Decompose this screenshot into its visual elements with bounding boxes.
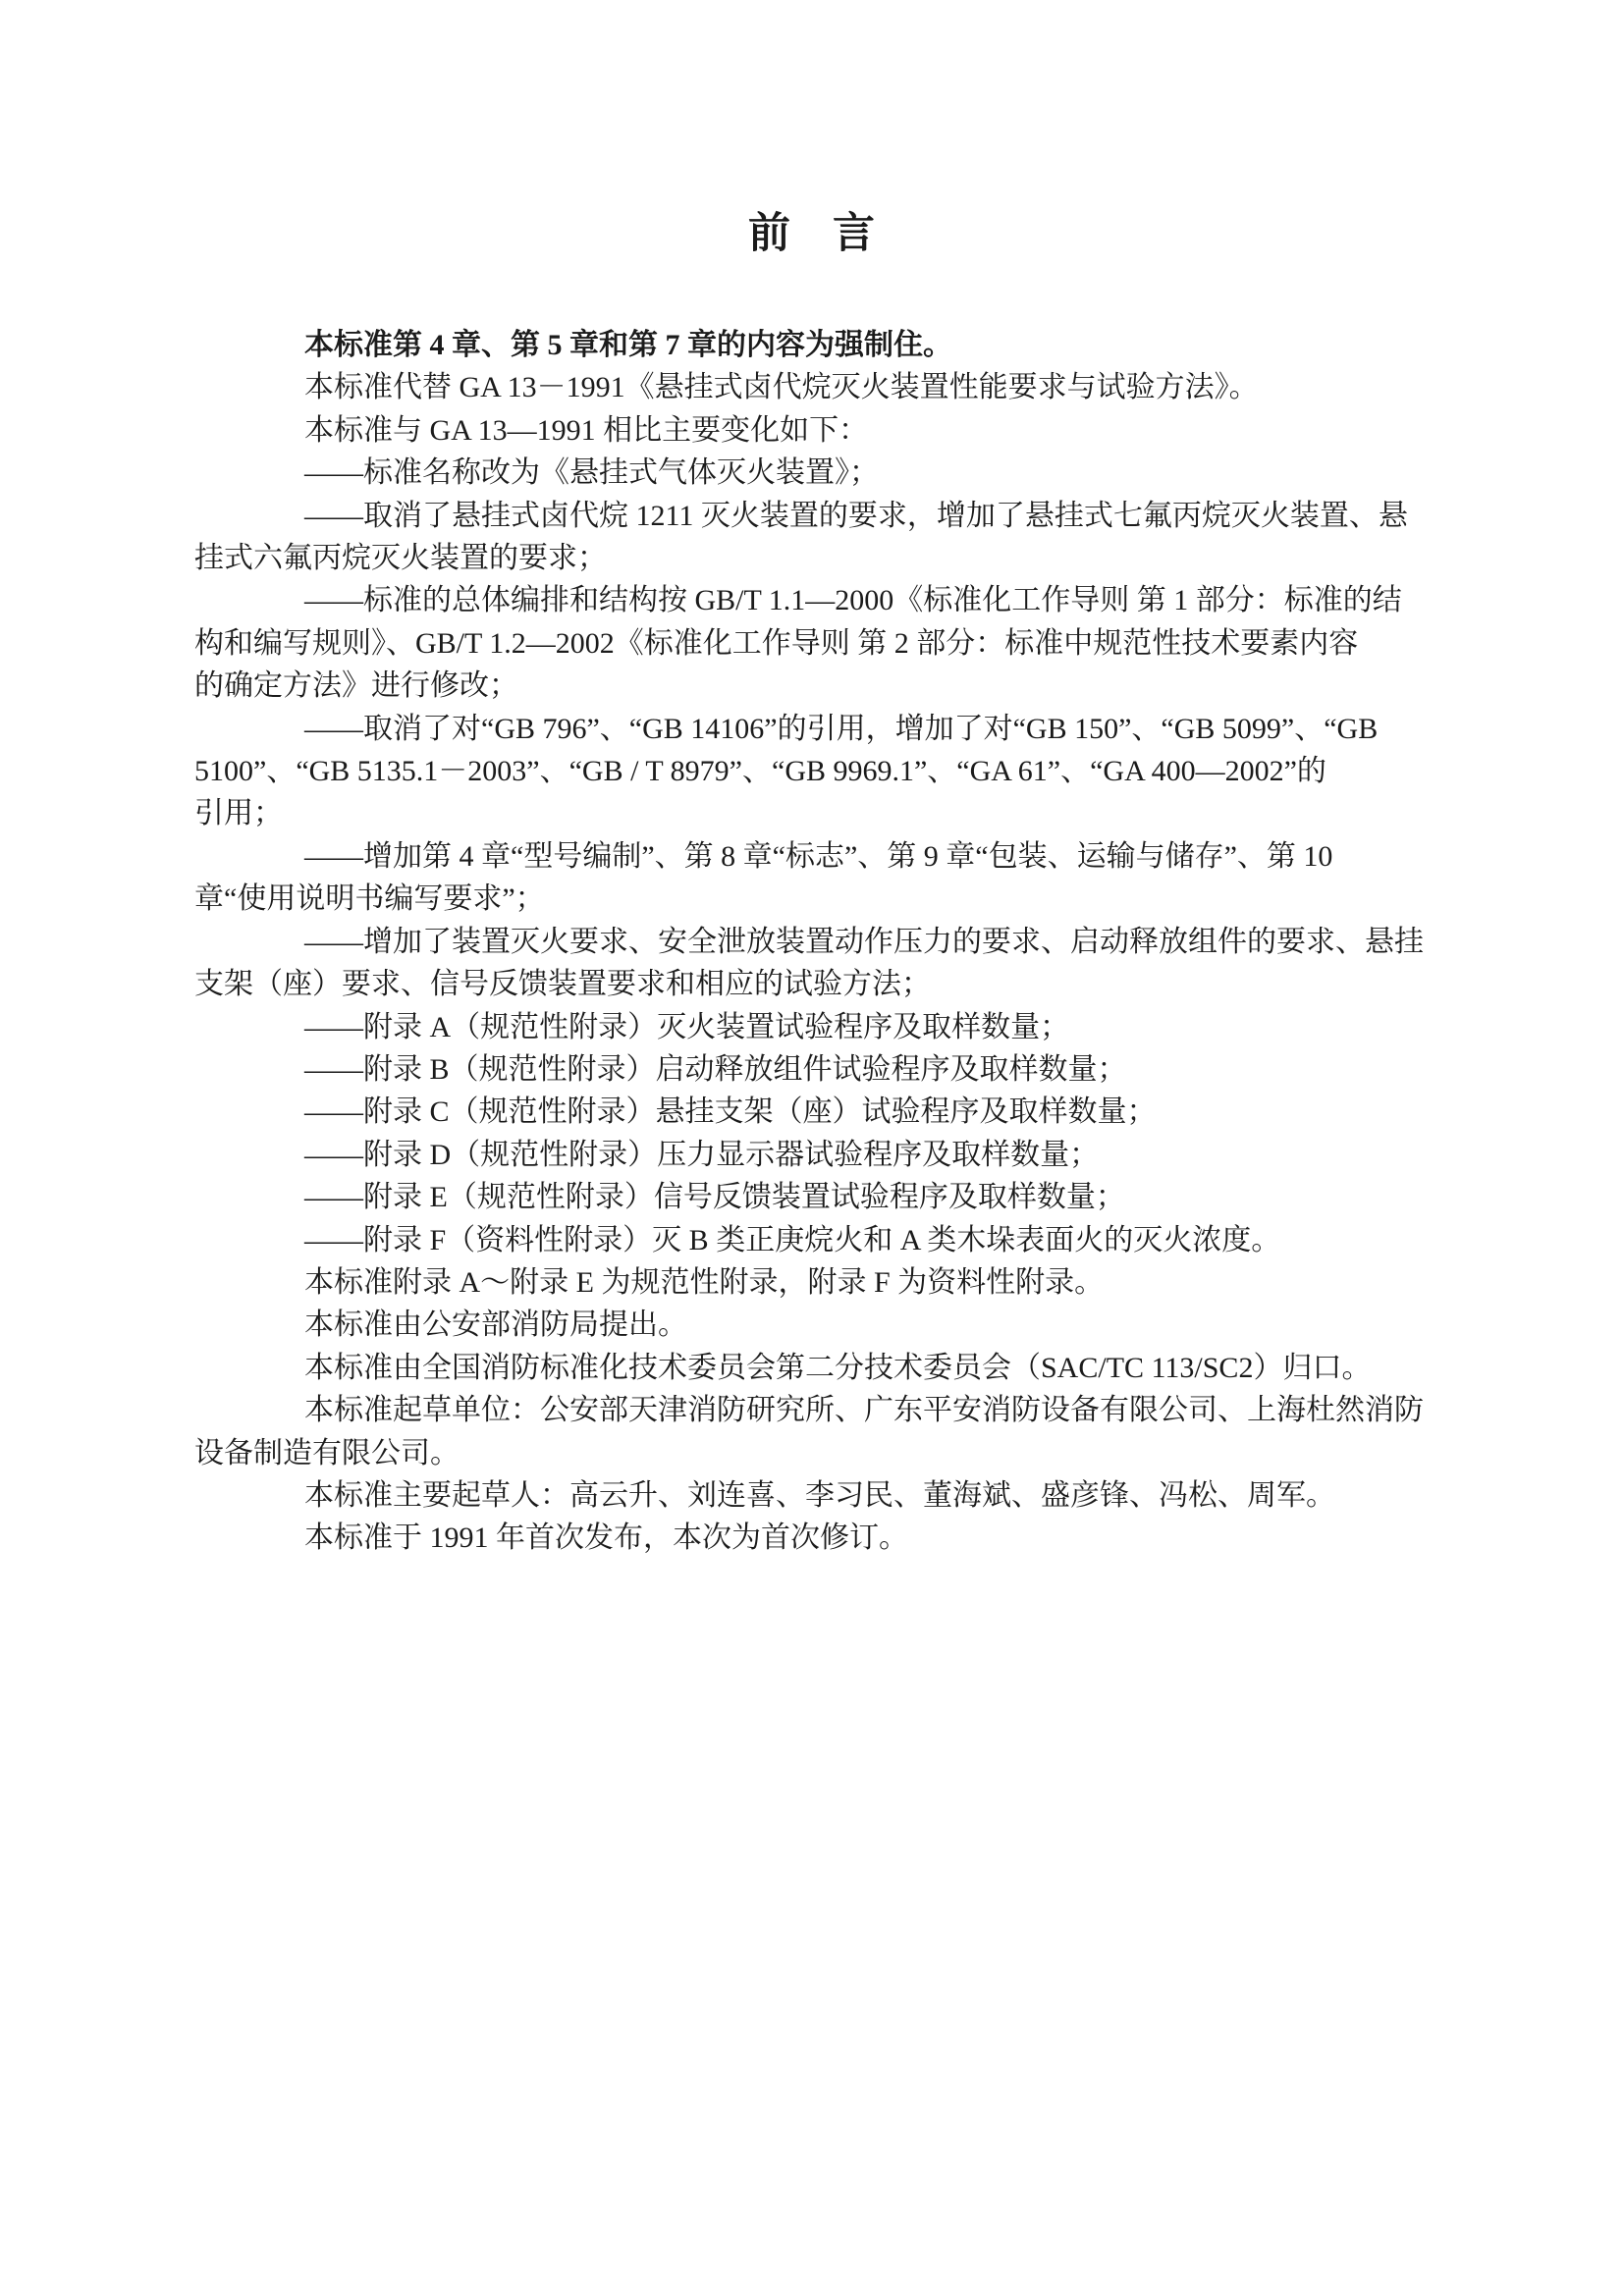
text-line: 挂式六氟丙烷灭火装置的要求； [194,537,1387,579]
text-line: ——取消了悬挂式卤代烷 1211 灭火装置的要求，增加了悬挂式七氟丙烷灭火装置、… [194,495,1387,537]
text-line: 引用； [194,792,1387,834]
text-line: ——增加第 4 章“型号编制”、第 8 章“标志”、第 9 章“包装、运输与储存… [194,835,1387,878]
text-line: ——标准的总体编排和结构按 GB/T 1.1—2000《标准化工作导则 第 1 … [194,579,1387,621]
text-line: 章“使用说明书编写要求”； [194,878,1387,920]
text-line: 支架（座）要求、信号反馈装置要求和相应的试验方法； [194,963,1387,1005]
foreword-body: 本标准第 4 章、第 5 章和第 7 章的内容为强制住。 本标准代替 GA 13… [194,324,1387,1560]
text-line: ——附录 B（规范性附录）启动释放组件试验程序及取样数量； [194,1048,1387,1091]
text-line: ——取消了对“GB 796”、“GB 14106”的引用，增加了对“GB 150… [194,708,1387,750]
text-line: ——增加了装置灭火要求、安全泄放装置动作压力的要求、启动释放组件的要求、悬挂 [194,921,1387,963]
text-line: ——附录 D（规范性附录）压力显示器试验程序及取样数量； [194,1134,1387,1176]
text-line: 本标准由全国消防标准化技术委员会第二分技术委员会（SAC/TC 113/SC2）… [194,1347,1387,1389]
text-line: 的确定方法》进行修改； [194,665,1387,707]
text-line: 设备制造有限公司。 [194,1432,1387,1474]
text-line: ——附录 E（规范性附录）信号反馈装置试验程序及取样数量； [194,1176,1387,1218]
text-line: ——附录 C（规范性附录）悬挂支架（座）试验程序及取样数量； [194,1091,1387,1133]
text-line: 本标准代替 GA 13－1991《悬挂式卤代烷灭火装置性能要求与试验方法》。 [194,366,1387,408]
text-line: ——附录 F（资料性附录）灭 B 类正庚烷火和 A 类木垛表面火的灭火浓度。 [194,1219,1387,1261]
page-title: 前 言 [0,210,1623,258]
text-line: 本标准主要起草人：高云升、刘连喜、李习民、董海斌、盛彦锋、冯松、周军。 [194,1474,1387,1517]
text-line: 本标准起草单位：公安部天津消防研究所、广东平安消防设备有限公司、上海杜然消防 [194,1389,1387,1431]
text-line: 本标准由公安部消防局提出。 [194,1304,1387,1346]
text-line: 本标准与 GA 13—1991 相比主要变化如下： [194,409,1387,452]
text-line: 5100”、“GB 5135.1－2003”、“GB / T 8979”、“GB… [194,750,1387,792]
text-line: 本标准第 4 章、第 5 章和第 7 章的内容为强制住。 [194,324,1387,366]
text-line: 本标准附录 A～附录 E 为规范性附录，附录 F 为资料性附录。 [194,1261,1387,1304]
text-line: ——标准名称改为《悬挂式气体灭火装置》； [194,452,1387,494]
text-line: 构和编写规则》、GB/T 1.2—2002《标准化工作导则 第 2 部分：标准中… [194,622,1387,665]
text-line: ——附录 A（规范性附录）灭火装置试验程序及取样数量； [194,1006,1387,1048]
text-line: 本标准于 1991 年首次发布，本次为首次修订。 [194,1517,1387,1559]
document-page: 前 言 本标准第 4 章、第 5 章和第 7 章的内容为强制住。 本标准代替 G… [0,0,1623,2296]
